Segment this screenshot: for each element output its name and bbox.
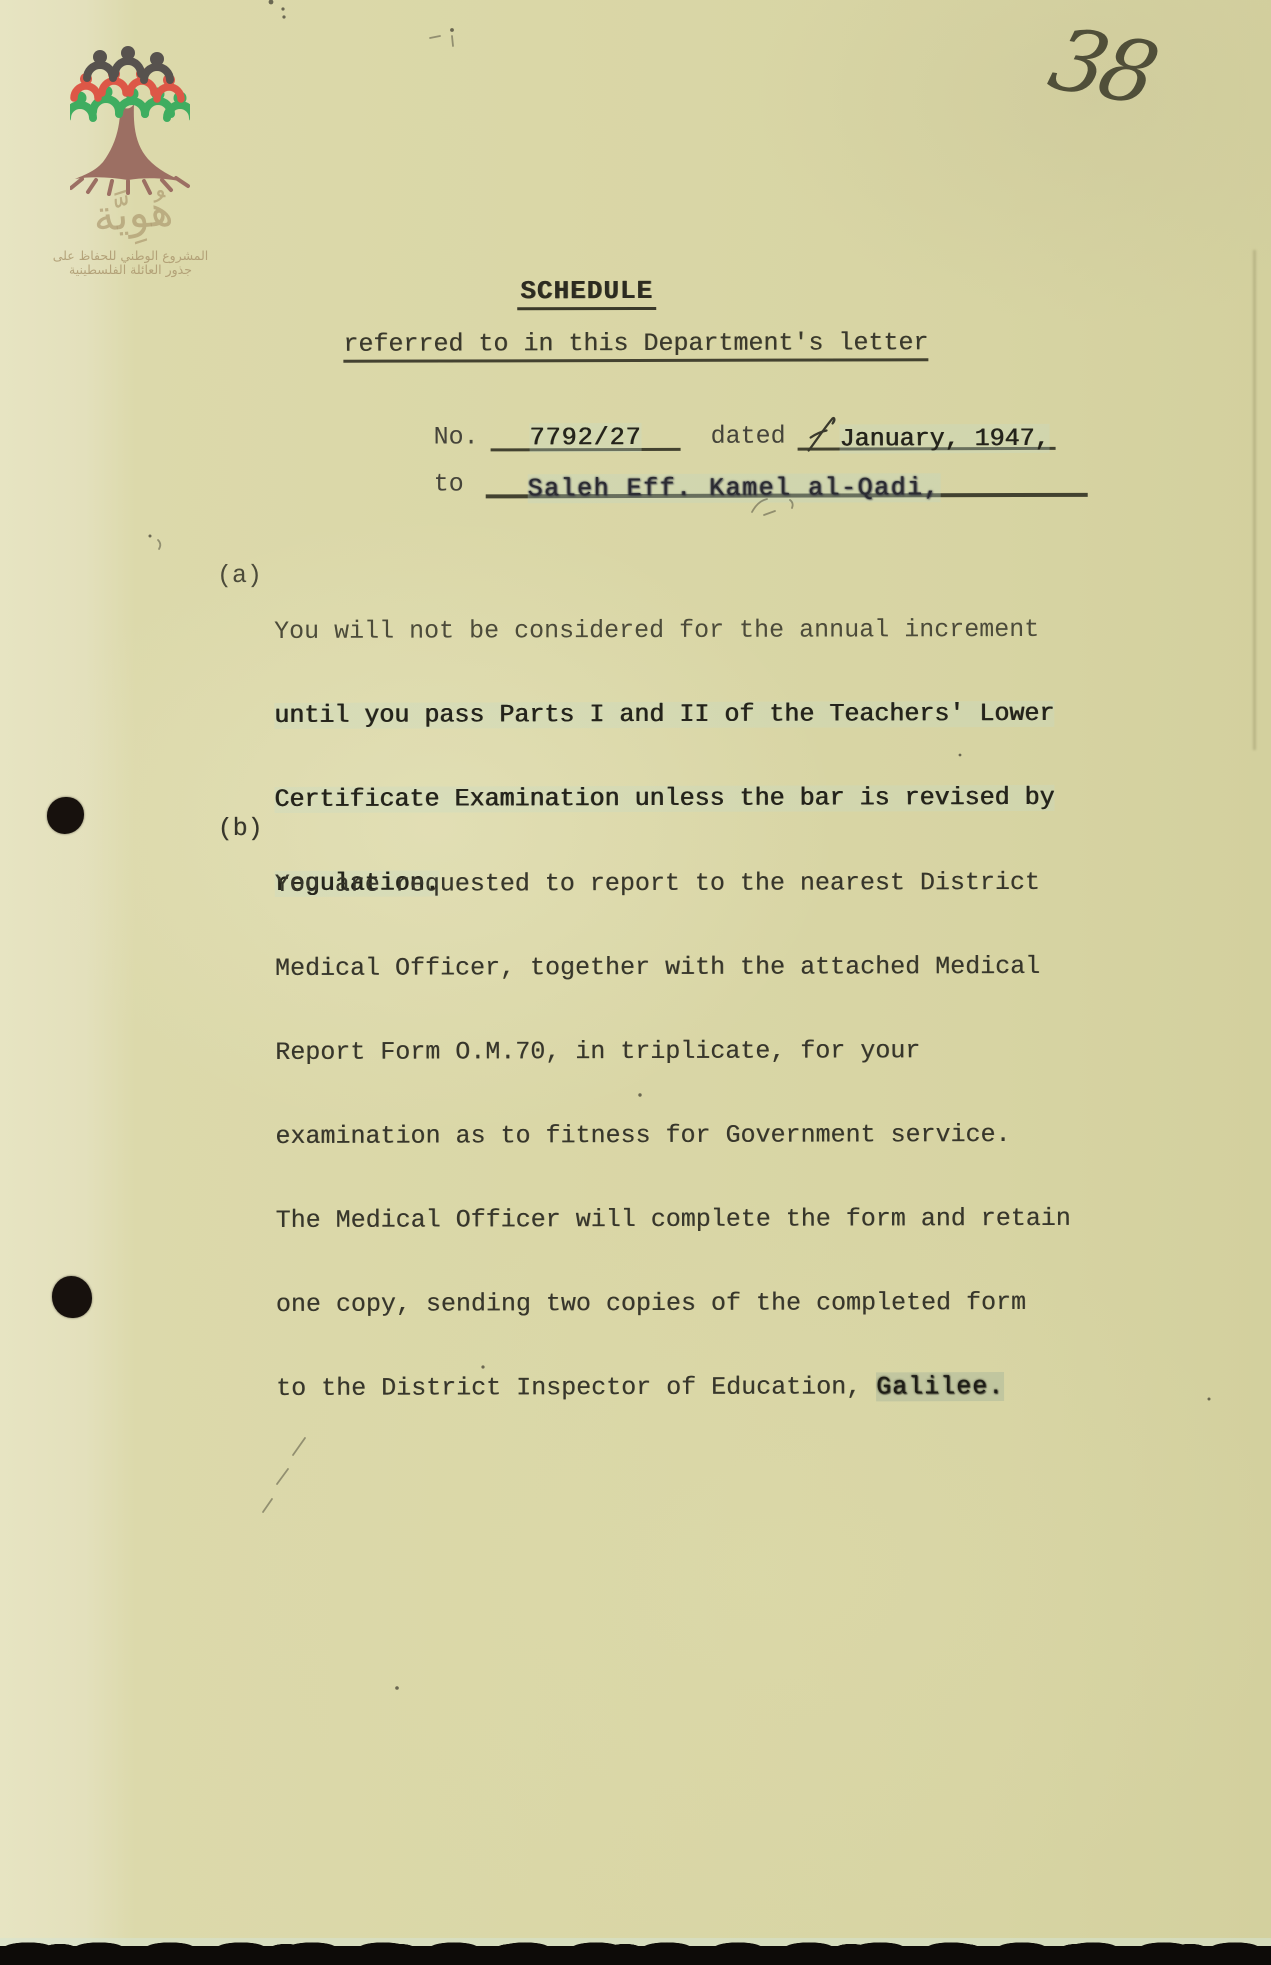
document-title: SCHEDULE: [517, 276, 656, 310]
paragraph-line: Report Form O.M.70, in triplicate, for y…: [275, 1038, 920, 1066]
scanned-document: هُوِيَّة المشروع الوطني للحفاظ على جذور …: [0, 0, 1271, 1965]
paragraph-line: examination as to fitness for Government…: [275, 1122, 1010, 1150]
paragraph-b: (b) You are requested to report to the n…: [218, 812, 1072, 1460]
addressee-blank: Saleh Eff. Kamel al-Qadi,: [486, 464, 1088, 499]
addressee-name: Saleh Eff. Kamel al-Qadi,: [528, 473, 941, 503]
addressee-label: to: [434, 469, 464, 498]
scan-edge-strip: [0, 1946, 1271, 1965]
scan-edge-shadow: [1253, 250, 1256, 750]
paragraph-line: Certificate Examination unless the bar i…: [274, 785, 1054, 813]
paragraph-line: The Medical Officer will complete the fo…: [276, 1206, 1071, 1234]
paragraph-line: Medical Officer, together with the attac…: [275, 954, 1040, 982]
hole-punch-bottom: [52, 1276, 92, 1318]
paragraph-line: until you pass Parts I and II of the Tea…: [274, 701, 1054, 729]
place-name: Galilee.: [876, 1372, 1004, 1401]
paragraph-line: You are requested to report to the neare…: [275, 870, 1040, 898]
paragraph-line-final: to the District Inspector of Education, …: [276, 1374, 1004, 1402]
addressee-line: toSaleh Eff. Kamel al-Qadi,: [344, 435, 1088, 528]
paragraph-b-label: (b): [218, 814, 277, 1460]
document-subtitle: referred to in this Department's letter: [343, 328, 928, 363]
paragraph-line-prefix: to the District Inspector of Education,: [276, 1372, 861, 1403]
paragraph-line: You will not be considered for the annua…: [274, 617, 1039, 645]
paragraph-line: one copy, sending two copies of the comp…: [276, 1290, 1026, 1318]
paragraph-b-text: You are requested to report to the neare…: [275, 812, 1072, 1460]
